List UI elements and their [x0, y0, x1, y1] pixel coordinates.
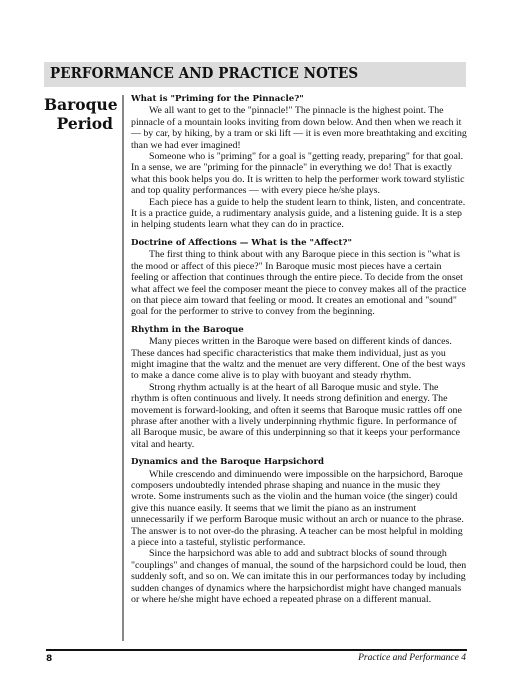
paragraph: Each piece has a guide to help the stude…: [131, 197, 467, 231]
paragraph: Strong rhythm actually is at the heart o…: [131, 382, 467, 450]
page-title: PERFORMANCE AND PRACTICE NOTES: [50, 65, 358, 82]
section-heading: Doctrine of Affections — What is the "Af…: [131, 238, 467, 249]
section-rhythm: Rhythm in the Baroque Many pieces writte…: [131, 325, 467, 450]
section-priming: What is "Priming for the Pinnacle?" We a…: [131, 94, 467, 231]
section-label: Baroque Period: [44, 95, 113, 133]
page-number: 8: [46, 654, 52, 664]
section-heading: Dynamics and the Baroque Harpsichord: [131, 457, 467, 468]
header-bar: PERFORMANCE AND PRACTICE NOTES: [44, 62, 466, 87]
section-heading: What is "Priming for the Pinnacle?": [131, 94, 467, 105]
section-heading: Rhythm in the Baroque: [131, 325, 467, 336]
vertical-divider: [122, 95, 124, 641]
paragraph: Someone who is "priming" for a goal is "…: [131, 151, 467, 197]
paragraph: While crescendo and diminuendo were impo…: [131, 469, 467, 549]
section-dynamics: Dynamics and the Baroque Harpsichord Whi…: [131, 457, 467, 605]
section-label-line1: Baroque: [44, 95, 113, 114]
paragraph: Since the harpsichord was able to add an…: [131, 548, 467, 605]
section-doctrine-of-affections: Doctrine of Affections — What is the "Af…: [131, 238, 467, 318]
paragraph: The first thing to think about with any …: [131, 249, 467, 317]
footer-rule: [46, 649, 467, 651]
section-label-line2: Period: [44, 114, 113, 133]
footer-book-title: Practice and Performance 4: [358, 653, 466, 663]
content-column: What is "Priming for the Pinnacle?" We a…: [131, 94, 467, 612]
paragraph: Many pieces written in the Baroque were …: [131, 336, 467, 382]
paragraph: We all want to get to the "pinnacle!" Th…: [131, 105, 467, 151]
